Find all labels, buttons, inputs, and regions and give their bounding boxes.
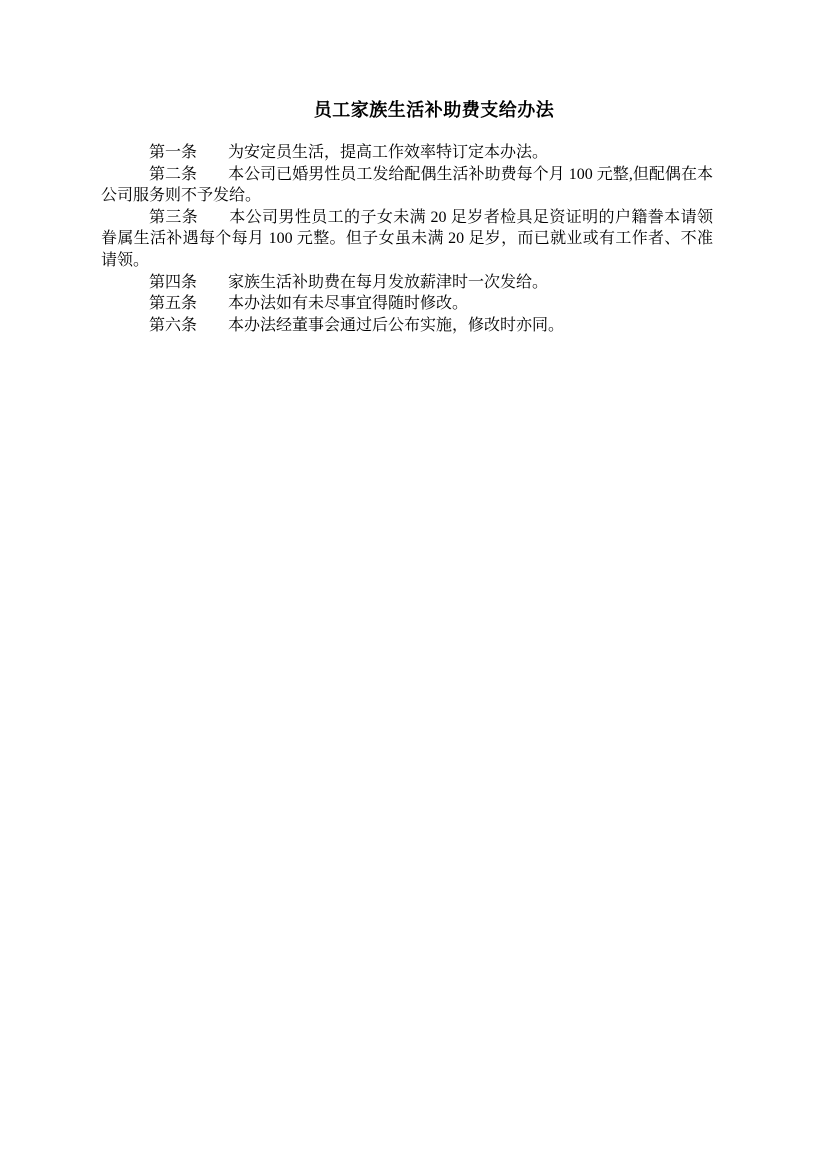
document-page: 员工家族生活补助费支给办法 第一条为安定员生活，提高工作效率特订定本办法。 第二…	[0, 0, 827, 1169]
article-number: 第三条	[149, 209, 198, 226]
article-text: 家族生活补助费在每月发放薪津时一次发给。	[228, 274, 548, 291]
article-paragraph: 第五条本办法如有未尽事宜得随时修改。	[101, 293, 713, 315]
document-title: 员工家族生活补助费支给办法	[101, 0, 713, 123]
article-number: 第六条	[149, 317, 197, 334]
article-number: 第一条	[149, 144, 197, 161]
article-number: 第四条	[149, 274, 197, 291]
article-number: 第五条	[149, 295, 197, 312]
article-paragraph: 第三条本公司男性员工的子女未满 20 足岁者检具足资证明的户籍誊本请领眷属生活补…	[101, 207, 713, 272]
article-paragraph: 第四条家族生活补助费在每月发放薪津时一次发给。	[101, 272, 713, 294]
article-text: 为安定员生活，提高工作效率特订定本办法。	[228, 144, 548, 161]
document-body: 第一条为安定员生活，提高工作效率特订定本办法。 第二条本公司已婚男性员工发给配偶…	[101, 142, 713, 336]
article-paragraph: 第二条本公司已婚男性员工发给配偶生活补助费每个月 100 元整,但配偶在本公司服…	[101, 164, 713, 207]
article-text: 本办法经董事会通过后公布实施，修改时亦同。	[228, 317, 564, 334]
article-paragraph: 第六条本办法经董事会通过后公布实施，修改时亦同。	[101, 315, 713, 337]
article-number: 第二条	[149, 166, 197, 183]
article-paragraph: 第一条为安定员生活，提高工作效率特订定本办法。	[101, 142, 713, 164]
article-text: 本办法如有未尽事宜得随时修改。	[228, 295, 468, 312]
